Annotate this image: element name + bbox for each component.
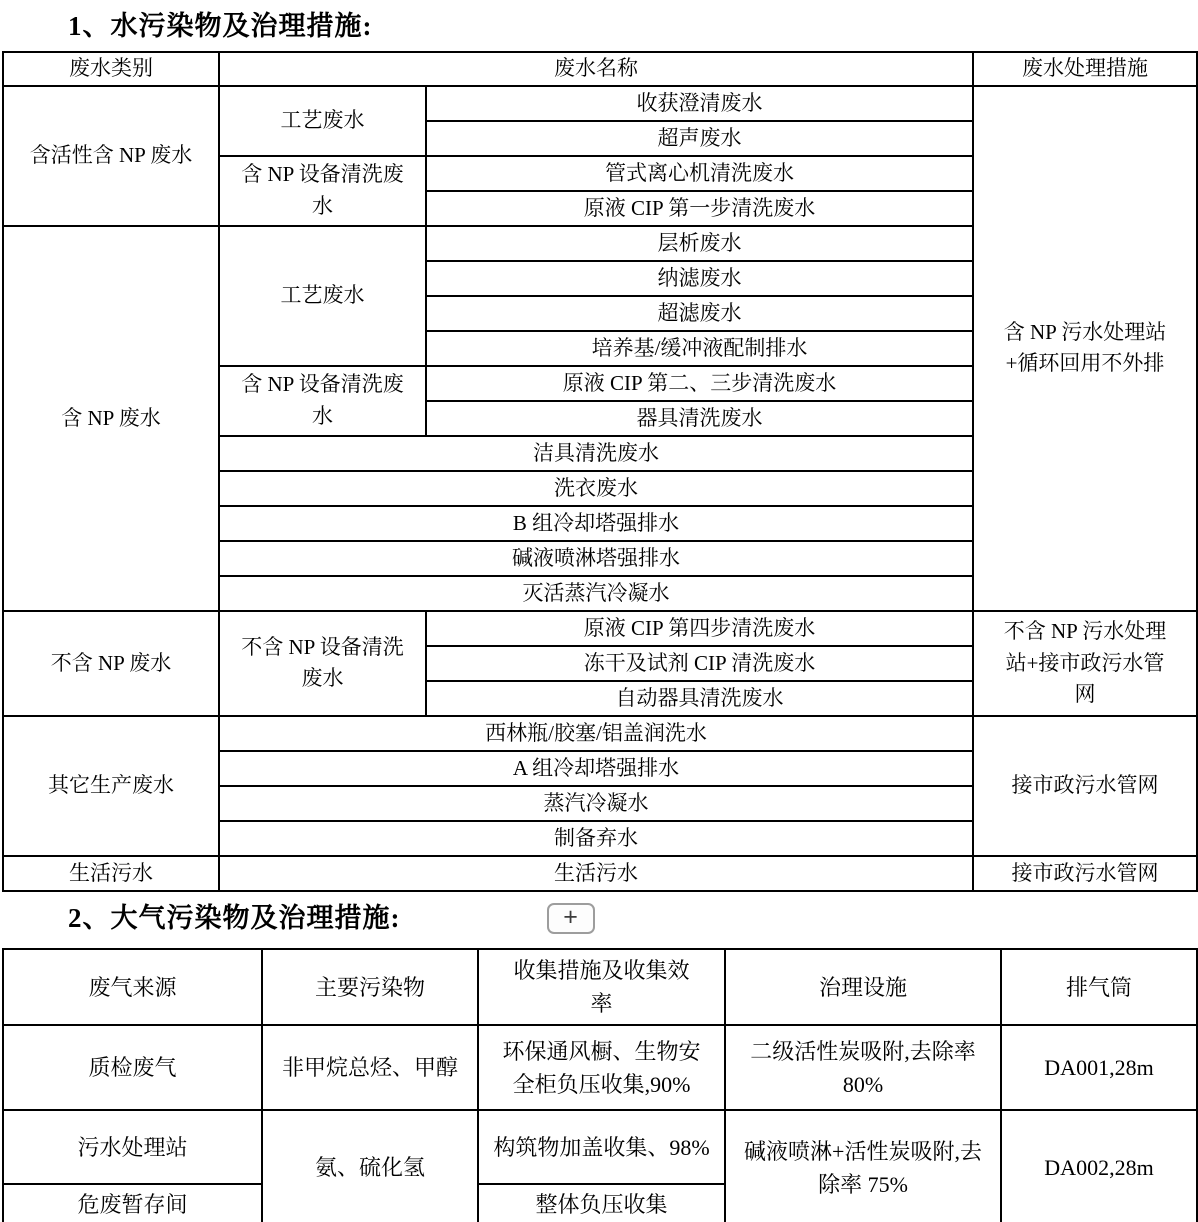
collection-cell: 整体负压收集 bbox=[478, 1184, 725, 1222]
stack-cell: DA001,28m bbox=[1001, 1025, 1197, 1110]
section2-heading-row: 2、大气污染物及治理措施: + bbox=[0, 896, 1198, 940]
header-wastewater-name: 废水名称 bbox=[219, 52, 973, 86]
collection-cell: 环保通风橱、生物安全柜负压收集,90% bbox=[478, 1025, 725, 1110]
treatment-cell: 接市政污水管网 bbox=[973, 856, 1197, 891]
header-wastewater-category: 废水类别 bbox=[3, 52, 219, 86]
gas-source-cell: 污水处理站 bbox=[3, 1110, 262, 1184]
wastewater-name-cell: 冻干及试剂 CIP 清洗废水 bbox=[426, 646, 973, 681]
wastewater-name-cell: A 组冷却塔强排水 bbox=[219, 751, 973, 786]
wastewater-name-cell: 管式离心机清洗废水 bbox=[426, 156, 973, 191]
gas-treatment-cell: 碱液喷淋+活性炭吸附,去除率 75% bbox=[725, 1110, 1001, 1222]
stack-cell: DA002,28m bbox=[1001, 1110, 1197, 1222]
header-gas-source: 废气来源 bbox=[3, 949, 262, 1025]
wastewater-name-cell: 收获澄清废水 bbox=[426, 86, 973, 121]
wastewater-name-cell: 纳滤废水 bbox=[426, 261, 973, 296]
wastewater-name-cell: 制备弃水 bbox=[219, 821, 973, 856]
wastewater-name-cell: 培养基/缓冲液配制排水 bbox=[426, 331, 973, 366]
wastewater-name-cell: 西林瓶/胶塞/铝盖润洗水 bbox=[219, 716, 973, 751]
wastewater-name-cell: 洗衣废水 bbox=[219, 471, 973, 506]
document-page: 1、水污染物及治理措施: 废水类别 废水名称 废水处理措施 含活性含 NP 废水… bbox=[0, 0, 1198, 1222]
wastewater-name-cell: 原液 CIP 第四步清洗废水 bbox=[426, 611, 973, 646]
header-wastewater-treatment: 废水处理措施 bbox=[973, 52, 1197, 86]
subcategory-cell: 工艺废水 bbox=[219, 226, 426, 366]
wastewater-name-cell: 超滤废水 bbox=[426, 296, 973, 331]
wastewater-name-cell: 碱液喷淋塔强排水 bbox=[219, 541, 973, 576]
header-main-pollutants: 主要污染物 bbox=[262, 949, 478, 1025]
collection-cell: 构筑物加盖收集、98% bbox=[478, 1110, 725, 1184]
gas-treatment-cell: 二级活性炭吸附,去除率 80% bbox=[725, 1025, 1001, 1110]
subcategory-cell: 工艺废水 bbox=[219, 86, 426, 156]
plus-icon: + bbox=[563, 905, 578, 930]
header-collection: 收集措施及收集效率 bbox=[478, 949, 725, 1025]
wastewater-name-cell: 层析废水 bbox=[426, 226, 973, 261]
header-stack: 排气筒 bbox=[1001, 949, 1197, 1025]
wastewater-name-cell: 自动器具清洗废水 bbox=[426, 681, 973, 716]
treatment-cell: 含 NP 污水处理站+循环回用不外排 bbox=[973, 86, 1197, 611]
wastewater-name-cell: 原液 CIP 第二、三步清洗废水 bbox=[426, 366, 973, 401]
subcategory-cell: 含 NP 设备清洗废水 bbox=[219, 156, 426, 226]
wastewater-name-cell: 灭活蒸汽冷凝水 bbox=[219, 576, 973, 611]
category-cell: 含活性含 NP 废水 bbox=[3, 86, 219, 226]
wastewater-name-cell: 洁具清洗废水 bbox=[219, 436, 973, 471]
wastewater-name-cell: 生活污水 bbox=[219, 856, 973, 891]
wastewater-name-cell: 超声废水 bbox=[426, 121, 973, 156]
water-pollutants-table: 废水类别 废水名称 废水处理措施 含活性含 NP 废水 工艺废水 收获澄清废水 … bbox=[2, 51, 1198, 892]
treatment-cell: 不含 NP 污水处理站+接市政污水管网 bbox=[973, 611, 1197, 716]
category-cell: 含 NP 废水 bbox=[3, 226, 219, 611]
pollutant-cell: 氨、硫化氢 bbox=[262, 1110, 478, 1222]
section2-title: 2、大气污染物及治理措施: bbox=[68, 896, 401, 940]
gas-source-cell: 危废暂存间 bbox=[3, 1184, 262, 1222]
category-cell: 生活污水 bbox=[3, 856, 219, 891]
subcategory-cell: 含 NP 设备清洗废水 bbox=[219, 366, 426, 436]
wastewater-name-cell: 蒸汽冷凝水 bbox=[219, 786, 973, 821]
subcategory-cell: 不含 NP 设备清洗废水 bbox=[219, 611, 426, 716]
gas-source-cell: 质检废气 bbox=[3, 1025, 262, 1110]
wastewater-name-cell: 器具清洗废水 bbox=[426, 401, 973, 436]
wastewater-name-cell: B 组冷却塔强排水 bbox=[219, 506, 973, 541]
section1-title: 1、水污染物及治理措施: bbox=[0, 0, 1198, 51]
category-cell: 不含 NP 废水 bbox=[3, 611, 219, 716]
air-pollutants-table: 废气来源 主要污染物 收集措施及收集效率 治理设施 排气筒 质检废气 非甲烷总烃… bbox=[2, 948, 1198, 1222]
category-cell: 其它生产废水 bbox=[3, 716, 219, 856]
pollutant-cell: 非甲烷总烃、甲醇 bbox=[262, 1025, 478, 1110]
expand-button[interactable]: + bbox=[547, 903, 595, 934]
wastewater-name-cell: 原液 CIP 第一步清洗废水 bbox=[426, 191, 973, 226]
header-gas-treatment: 治理设施 bbox=[725, 949, 1001, 1025]
treatment-cell: 接市政污水管网 bbox=[973, 716, 1197, 856]
